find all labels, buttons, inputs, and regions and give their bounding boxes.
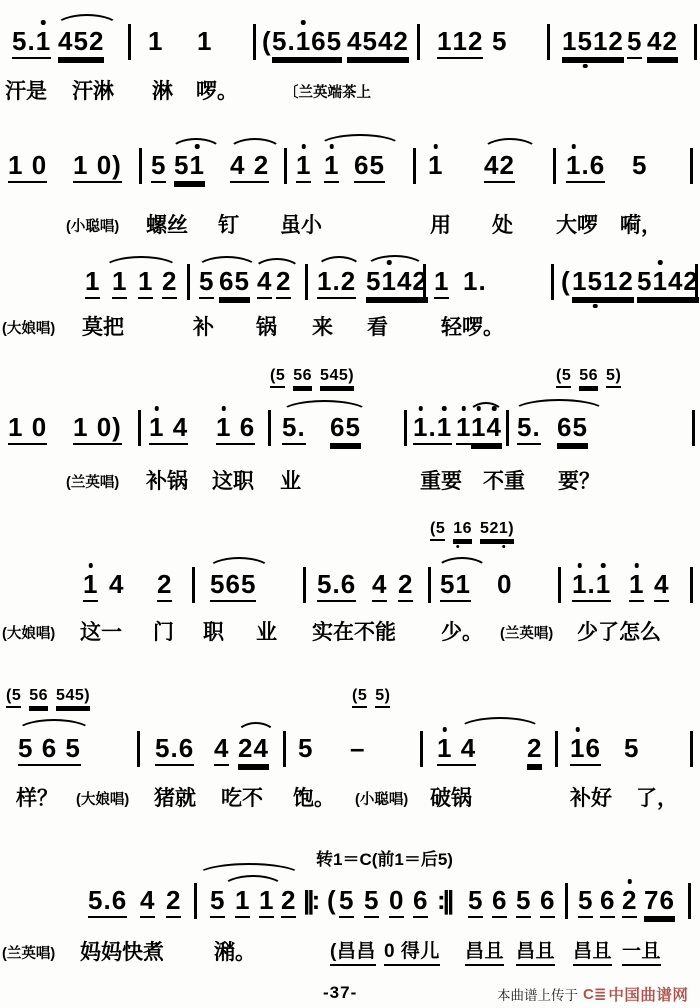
grace-note-token: 56 xyxy=(579,368,598,388)
slur-arc xyxy=(512,399,606,412)
note-token: 1 4 xyxy=(149,414,188,445)
barline xyxy=(138,410,141,446)
lyric-text: 补好 xyxy=(570,787,612,811)
lyric-text: 潲。 xyxy=(214,941,256,965)
role-label: (小聪唱) xyxy=(355,787,408,809)
grace-note-token: 5) xyxy=(606,368,621,388)
note-token: 4 xyxy=(109,571,124,597)
note-token: 5142 xyxy=(637,268,699,299)
note-token: 1 0 xyxy=(8,152,47,183)
lyric-text: 业 xyxy=(280,470,301,494)
note-token: 1.1 xyxy=(572,571,611,602)
barline xyxy=(139,148,142,184)
note-token: 5 xyxy=(339,887,354,918)
lyric-text: 要？ xyxy=(558,470,600,494)
lyric-text: 钉 xyxy=(218,214,239,238)
lyric-text: 妈妈快煮 xyxy=(80,941,164,965)
sheet-music-page: -37- 本曲谱上传于 C≣ 中国曲谱网 5.145211(5.16545421… xyxy=(0,0,700,1008)
note-token: 1. xyxy=(463,268,487,294)
key-change-label: 转1＝C(前1＝后5) xyxy=(316,845,453,870)
barline xyxy=(303,567,306,603)
lyric-text: 莫把 xyxy=(82,316,124,340)
note-token: 2 xyxy=(276,268,291,299)
barline xyxy=(692,410,695,446)
lyric-text: 轻啰。 xyxy=(441,316,504,340)
note-token: 5 xyxy=(364,887,379,918)
barline xyxy=(413,148,416,184)
note-token: 51 xyxy=(174,152,205,183)
note-token: 5.165 xyxy=(272,28,342,59)
note-token: 1 xyxy=(296,152,311,183)
barline xyxy=(128,24,131,60)
note-token: 1 6 xyxy=(216,414,255,445)
note-token: 1 xyxy=(85,268,100,299)
note-token: 1 xyxy=(148,28,163,54)
barline xyxy=(268,410,271,446)
note-token: ( xyxy=(262,28,272,54)
note-token: 1 xyxy=(259,887,274,918)
lyric-text: 不重 xyxy=(483,470,525,494)
note-token: 1 xyxy=(428,152,443,178)
barline xyxy=(690,148,693,184)
note-token: 4 xyxy=(257,268,272,299)
note-token: 5.1 xyxy=(12,28,51,59)
note-token: 5. xyxy=(517,414,541,445)
percussion-token: 0 得儿 xyxy=(384,942,440,966)
grace-note-token: 56 xyxy=(293,368,312,388)
site-logo-text: 中国曲谱网 xyxy=(608,983,688,1005)
barline xyxy=(695,264,698,300)
note-token: 5 xyxy=(627,28,642,59)
barline xyxy=(423,264,426,300)
note-token: 4542 xyxy=(347,28,409,59)
note-token: 1 xyxy=(197,28,212,54)
lyric-text: 少了怎么 xyxy=(577,621,661,645)
lyric-text: 职 xyxy=(203,621,224,645)
note-token: 5 xyxy=(516,887,531,918)
percussion-token: 昌且 xyxy=(573,942,612,966)
note-token: 1 xyxy=(456,414,471,445)
note-token: ( xyxy=(561,268,571,294)
grace-note-token: 56 xyxy=(29,688,48,708)
barline xyxy=(284,148,287,184)
note-token: 2 xyxy=(157,571,172,602)
lyric-text: 看 xyxy=(367,316,388,340)
note-token: 5 xyxy=(151,152,166,183)
grace-note-group: (556545) xyxy=(270,368,354,388)
lyric-text: 锅 xyxy=(256,316,277,340)
barline xyxy=(694,24,697,60)
footer-upload-text: 本曲谱上传于 xyxy=(497,984,578,1004)
barline xyxy=(283,731,286,767)
note-token: 452 xyxy=(58,28,104,59)
percussion-token: 一且 xyxy=(622,942,661,966)
note-token: 65 xyxy=(330,414,361,445)
note-token: 5.6 xyxy=(88,887,127,918)
note-token: 1 xyxy=(629,571,644,602)
note-token: 1 0 xyxy=(8,414,47,445)
note-token: 2 xyxy=(622,887,637,918)
lyric-text: 门 xyxy=(153,621,174,645)
note-token: 1.6 xyxy=(566,152,605,183)
lyric-text: 重要 xyxy=(420,470,462,494)
lyric-text: 饱。 xyxy=(293,787,335,811)
barline xyxy=(506,410,509,446)
note-token: 0 xyxy=(497,571,512,597)
note-token: 5 xyxy=(578,887,593,918)
barline xyxy=(551,264,554,300)
lyric-text: 大啰 xyxy=(556,214,598,238)
note-token: ||: xyxy=(303,887,317,913)
note-token: 76 xyxy=(644,887,675,918)
barline xyxy=(565,883,568,919)
percussion-token: (昌昌 xyxy=(330,942,376,966)
note-token: 1 0) xyxy=(73,414,122,445)
lyric-text: 虽小 xyxy=(280,214,322,238)
percussion-token: 昌且 xyxy=(465,942,504,966)
note-token: 6 xyxy=(413,887,428,918)
note-token: 1 xyxy=(324,152,339,183)
role-label: (兰英唱) xyxy=(2,941,55,963)
note-token: 2 xyxy=(281,887,296,918)
note-token: 24 xyxy=(238,735,269,766)
note-token: 1512 xyxy=(572,268,634,299)
note-token: 1 xyxy=(235,887,250,918)
barline xyxy=(194,883,197,919)
note-token: 2 xyxy=(166,887,181,918)
footer-upload-note: 本曲谱上传于 C≣ 中国曲谱网 xyxy=(497,983,688,1005)
lyric-text: 啰。 xyxy=(196,80,238,104)
note-token: 1 4 xyxy=(437,735,476,766)
grace-note-token: 16 xyxy=(453,521,472,541)
note-token: 2 xyxy=(398,571,413,602)
lyric-text: 猪就 xyxy=(154,787,196,811)
note-token: 42 xyxy=(647,28,678,59)
note-token: 5 xyxy=(624,735,639,761)
note-token: 2 xyxy=(162,268,177,299)
note-token: 1.1 xyxy=(413,414,452,445)
grace-note-group: (55) xyxy=(352,688,390,708)
lyric-text: 处 xyxy=(492,214,513,238)
role-label: (大娘唱) xyxy=(2,316,55,338)
note-token: 112 xyxy=(437,28,483,59)
grace-note-token: 545) xyxy=(56,688,90,708)
lyric-text: 少。 xyxy=(441,621,483,645)
note-token: 65 xyxy=(219,268,250,299)
note-token: 5 xyxy=(199,268,214,299)
barline xyxy=(558,567,561,603)
note-token: 1 xyxy=(138,268,153,299)
note-token: 5.6 xyxy=(317,571,356,602)
barline xyxy=(553,148,556,184)
grace-note-group: (516521) xyxy=(430,521,514,541)
note-token: 4 xyxy=(372,571,387,602)
lyric-text: 这职 xyxy=(212,470,254,494)
role-label: 〔兰英端茶上 xyxy=(284,80,371,102)
lyric-text: 实在不能 xyxy=(312,621,396,645)
lyric-text: 汗是 xyxy=(5,80,47,104)
role-label: (小聪唱) xyxy=(66,214,119,236)
slur-arc xyxy=(196,863,302,876)
slur-arc xyxy=(222,875,284,888)
note-token: 5 xyxy=(632,152,647,178)
note-token: 42 xyxy=(484,152,515,183)
role-label: (兰英唱) xyxy=(66,470,119,492)
note-token: 65 xyxy=(557,414,588,445)
note-token: 0 xyxy=(389,887,404,918)
note-token: 5 xyxy=(492,28,507,54)
barline xyxy=(428,567,431,603)
note-token: 5.6 xyxy=(155,735,194,766)
barline xyxy=(192,567,195,603)
note-token: 14 xyxy=(471,414,502,445)
slur-arc xyxy=(458,717,542,730)
lyric-text: 样？ xyxy=(16,787,58,811)
lyric-text: 补 xyxy=(193,316,214,340)
grace-note-token: (5 xyxy=(6,688,21,708)
barline xyxy=(137,731,140,767)
note-token: 6 xyxy=(600,887,615,918)
site-logo-icon: C≣ xyxy=(583,985,606,1003)
note-token: 6 xyxy=(540,887,555,918)
grace-note-token: (5 xyxy=(556,368,571,388)
grace-note-token: (5 xyxy=(352,688,367,708)
barline xyxy=(547,24,550,60)
note-token: 565 xyxy=(210,571,256,602)
note-token: 1 xyxy=(112,268,127,299)
lyric-text: 淋 xyxy=(152,80,173,104)
slur-arc xyxy=(16,719,92,732)
page-number: -37- xyxy=(323,983,357,1003)
grace-note-token: 5) xyxy=(375,688,390,708)
barline xyxy=(187,264,190,300)
note-token: 51 xyxy=(440,571,471,602)
note-token: 5 xyxy=(298,735,313,761)
note-token: 5. xyxy=(282,414,306,445)
barline xyxy=(404,410,407,446)
grace-note-group: (5565) xyxy=(556,368,621,388)
barline xyxy=(688,883,691,919)
grace-note-token: 545) xyxy=(320,368,354,388)
grace-note-group: (556545) xyxy=(6,688,90,708)
lyric-text: 汗淋 xyxy=(72,80,114,104)
note-token: 4 xyxy=(214,735,229,766)
lyric-text: 了， xyxy=(636,787,678,811)
note-token: 5 6 5 xyxy=(18,735,81,766)
note-token: 2 xyxy=(527,735,542,766)
note-token: – xyxy=(350,735,365,761)
note-token: 1 xyxy=(83,571,98,602)
lyric-text: 嗬， xyxy=(620,214,662,238)
note-token: 5 xyxy=(210,887,225,918)
role-label: (大娘唱) xyxy=(2,621,55,643)
lyric-text: 用 xyxy=(430,214,451,238)
barline xyxy=(253,24,256,60)
lyric-text: 吃不 xyxy=(221,787,263,811)
lyric-text: 螺丝 xyxy=(146,214,188,238)
note-token: 1 xyxy=(434,268,449,299)
barline xyxy=(555,731,558,767)
note-token: 5142 xyxy=(366,268,428,299)
note-token: ( xyxy=(327,887,337,913)
lyric-text: 破锅 xyxy=(430,787,472,811)
note-token: 1512 xyxy=(562,28,624,59)
note-token: 6 xyxy=(492,887,507,918)
barline xyxy=(305,264,308,300)
note-token: 1.2 xyxy=(317,268,356,299)
grace-note-token: (5 xyxy=(430,521,445,541)
lyric-text: 业 xyxy=(256,621,277,645)
note-token: 4 2 xyxy=(230,152,269,183)
note-token: 4 xyxy=(140,887,155,918)
lyric-text: 来 xyxy=(312,316,333,340)
lyric-text: 补锅 xyxy=(146,470,188,494)
barline xyxy=(690,731,693,767)
percussion-token: 昌且 xyxy=(516,942,555,966)
role-label: (大娘唱) xyxy=(76,787,129,809)
note-token: 16 xyxy=(570,735,601,766)
site-logo: C≣ 中国曲谱网 xyxy=(583,983,688,1005)
barline xyxy=(417,24,420,60)
note-token: 5 xyxy=(468,887,483,918)
note-token: 4 xyxy=(654,571,669,602)
grace-note-token: (5 xyxy=(270,368,285,388)
note-token: :|| xyxy=(437,887,451,913)
note-token: 65 xyxy=(354,152,385,183)
grace-note-token: 521) xyxy=(480,521,514,541)
barline xyxy=(690,567,693,603)
note-token: 1 0) xyxy=(73,152,122,183)
lyric-text: 这一 xyxy=(80,621,122,645)
role-label: (兰英唱) xyxy=(500,621,553,643)
barline xyxy=(420,731,423,767)
